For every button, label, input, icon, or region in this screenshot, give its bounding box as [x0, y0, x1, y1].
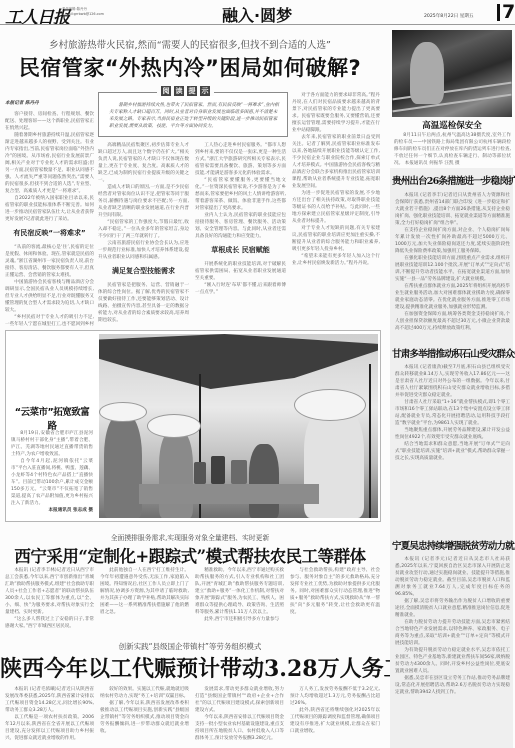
paragraph: 在支持企业稳岗扩岗方面,对企业、个人稳岗扩岗每年累计发放一次性扩岗补助最高不超过…: [395, 227, 510, 255]
paragraph: 客户接待、房间检查、行程规划、餐饮配送、处理客诉——这个新职业,民宿管家正在悄然…: [5, 111, 94, 132]
shaanxi-col2: 较好的效果。实施以工代赈,就地就近吸纳农村劳动力,实现“务工+培训”双赢目标。据…: [100, 686, 189, 748]
xining-col2: 此前他独自一人在西宁打工维持生计。今年年初遭遇意外受伤,无法工作,家庭陷入困境。…: [100, 567, 189, 629]
xining-col4: 与社会救助帮扶,构建“政府主导、社会参与、服务对象自主”的多元救助格局,充分发挥…: [290, 567, 380, 629]
paragraph: 本报讯 (记者李丰)记者近日从贵州省人力资源和社会保障厅获悉,贵州省14部门联合…: [395, 192, 510, 227]
paragraph: 较好的效果。实施以工代赈,就地就近吸纳农村劳动力,实现“务工+培训”双赢目标。: [100, 686, 189, 700]
main-article-headline: 民宿管家“外热内冷”困局如何破解?: [0, 52, 380, 82]
shaanxi-col4: 万人务工,发放劳务报酬不低于3.2亿元,预计人均增收超过1.3万元,劳务报酬占比…: [290, 686, 380, 748]
guizhou-headline: 贵州出台26条措施进一步稳岗扩岗: [392, 173, 512, 187]
product-bottle: [194, 462, 206, 484]
ningxia-body: 本报讯 (记者李元)记者近日从吴忠市人社局获悉,2025年以来,宁夏回族自治区吴…: [395, 556, 510, 744]
paragraph: 业内人士认为,民宿管家的职业技能应包括接待服务、客房管理、餐饮服务、活动策划、安…: [195, 212, 286, 240]
byline: 本报记者 陈丹丹: [5, 100, 94, 107]
email-line: E-mail:grrbwb@126.com: [62, 12, 104, 17]
main-article-col1: 本报记者 陈丹丹 客户接待、房间检查、行程规划、餐饮配送、处理客诉——这个新职业…: [5, 100, 94, 328]
paragraph: 高端精品民宿集聚区,初步估算专业人才缺口超过万人,而且这个数字仍在扩大。”相关负…: [98, 142, 189, 184]
shaanxi-headline: 陕西今年以工代赈预计带动3.28万人务工: [0, 652, 380, 683]
sun-hat: [99, 402, 147, 422]
page-number: 7: [502, 1, 515, 23]
paragraph: 在助力脱贫劳动力提升劳动技能方面,吴忠市紧密结合当地特色产业发展需求,以特色种养…: [395, 619, 510, 647]
page-number-bar: [497, 4, 500, 21]
reading-tip-char: 读: [174, 86, 184, 96]
product-table: [139, 484, 319, 504]
reading-tip-char: 示: [200, 86, 210, 96]
paragraph: 与社会救助帮扶,构建“政府主导、社会参与、服务对象自主”的多元救助格局,充分发挥…: [290, 567, 380, 616]
paragraph: 甘肃省人社厅采取“1+16”就业帮扶模式,即1个零工市场和16个零工驿站联动,在…: [395, 399, 510, 427]
paragraph: 今年以来,陕西省安排以工代赈项目资金支持一批小型农业农村基础设施建设,重点支持项…: [195, 714, 284, 742]
tent-canopy: [99, 334, 378, 389]
paragraph: 本报讯 (记者李丰林)记者近日从西宁市总工会获悉,今年以来,西宁市创新推出“青城…: [5, 567, 94, 616]
paragraph: 精准救助。今年以来,西宁市通过购买救助帮扶服务的方式,引入专业机构和社工团队,开…: [195, 567, 284, 616]
paragraph: “民宿管家要懂服务,更要懂当地文化。”一位资深民宿管家说,不少游客是为了乡愁而来…: [195, 177, 286, 212]
paragraph: 8月19日,安徽省合肥市庐江县泥河镇马桥村村干部化身“主播”,带着合肥、庐江、芜…: [11, 430, 93, 458]
paragraph: 此前他独自一人在西宁打工维持生计。今年年初遭遇意外受伤,无法工作,家庭陷入困境。…: [100, 567, 189, 616]
gansu-headline: 甘肃多举措推动积石山受灾群众务工增收: [392, 346, 512, 360]
photo-feature-paragraphs: 8月19日,安徽省合肥市庐江县泥河镇马桥村村干部化身“主播”,带着合肥、庐江、芜…: [11, 430, 93, 507]
paragraph: “这么多人帮我过上了安稳的日子,非常感谢大家。”西宁市城西区居民说。: [5, 616, 94, 629]
paragraph: 中国旅游协会民宿客栈与精品酒店分会调研显示,全国民宿从业人员规模持续增长,但专业…: [5, 279, 94, 314]
reading-tip-char: 提: [187, 86, 197, 96]
livestream-market-photo: [99, 334, 378, 518]
subheading: 满足复合型技能需求: [98, 267, 189, 276]
sun-hat: [147, 414, 201, 438]
paragraph: 民宿管家是把服务、运营、营销融于一体的综合性岗位。据了解,优秀的民宿管家不仅要做…: [98, 282, 189, 324]
paragraph: 结合当地需求和群众意愿,当地开展“订单式”“定向式”职业技能培训,实施“培训+就…: [395, 441, 510, 462]
xining-kicker: 全面摸排服务需求,实现服务对象全量建档、实时更新: [0, 532, 380, 542]
paragraph: “乡村民宿对于专业人才的吸引力不足,一些年轻人宁愿在城里打工,也不愿回到乡村从事…: [5, 314, 94, 328]
paragraph: “希望未来能有更多年轻人加入这个行业,让乡村民宿焕发新活力。”程丹丹说。: [292, 253, 380, 267]
shaanxi-col1: 本报讯 (记者毛浓曦)记者近日从陕西省发展改革委获悉,2025年,陕西省累计安排…: [5, 686, 94, 748]
paragraph: 据了解,吴忠市将劳务输出作为脱贫人口增收的重要途径,全面摸清脱贫人口就业意愿,精…: [395, 598, 510, 619]
tent-pole: [369, 364, 371, 518]
paragraph: 在强化职业技能培训方面,围绕重点产业需求,组织开展职业技能培训12.100个批次…: [395, 255, 510, 283]
paragraph: 本报讯 (记者康劲)截至7月底,积石山县已组织受灾群众转移就业8.14万人,实现…: [395, 364, 510, 399]
paragraph: 为有效提升脱贫劳动力稳定就业水平,吴忠市依托工业园区、特色产业基地等,新建就业帮…: [395, 647, 510, 675]
paragraph: 去年来,民宿管家的职业前景日益受到关注。记者了解到,民宿管家职业标准发布以来,各…: [292, 134, 380, 190]
paragraph: 为进一步促进民宿管家的发展,不少地方还出台了相关扶持政策,对取得职业技能等级证书…: [292, 190, 380, 225]
reading-tip-text: 暑期乡村旅游持续火热,也带火了民宿管家。然而,有民宿反映“一将难求”,业内相关专…: [109, 102, 279, 130]
main-article-kicker: 乡村旅游热带火民宿,然而“需要人的民宿很多,但找不到合适的人选”: [0, 37, 380, 51]
paragraph: “从前的客流,最核心是‘住’,民宿的定位是度假、休闲和体验。现在,管家就是民宿的…: [5, 244, 94, 279]
header-rule: [0, 24, 515, 25]
paragraph: 云南省旅游民宿行业协会会长认为,应进一步规范行业标准,加快人才培养体系建设,提升…: [98, 240, 189, 261]
paragraph: 当地聚焦重点群体,开展劳务品牌建设,累计开发公益性岗位4922个,有效兜牢受灾群…: [395, 427, 510, 441]
masthead-info: 责任编辑:陈丹丹 E-mail:grrbwb@126.com: [62, 7, 104, 16]
paragraph: 本报讯 (记者毛浓曦)记者近日从陕西省发展改革委获悉,2025年,陕西省累计安排…: [5, 686, 94, 714]
main-article-col3: 工人热心走进乡村民宿服务。“都市人想到乡村来,要的不仅仅是一张床,更是一种生活方…: [195, 142, 286, 328]
person-figure: [159, 429, 193, 518]
paragraph: 自今年4月起,泥河镇依托“云菜市”平台入驻直播间,将桃、鸭蛋、莲藕、小龙虾等4个…: [11, 458, 93, 507]
paragraph: 据了解,今年以来,陕西省发展改革委积极推动以工代赈项目实施,创新实践“县级国企带…: [100, 700, 189, 735]
paragraph: 在加强资金保障方面,统筹各类资金支持稳岗扩岗,个人创业担保贷款额度最高不超过30…: [395, 311, 510, 332]
person-figure: [104, 414, 142, 518]
paragraph: 此外,西宁市还积极引导多方力量参与: [195, 616, 284, 623]
product-box: [231, 460, 247, 484]
rail-inspection-photo: [392, 30, 512, 117]
worker-figure: [410, 42, 444, 104]
shaanxi-kicker: 创新实践“县级国企带镇村”等劳务组织模式: [0, 641, 380, 652]
paragraph: 对于专业人才短缺的问题,有关专家建议,民宿管家的职业培训应更加注重实操,不断提升…: [292, 225, 380, 253]
xining-headline: 西宁采用“定制化+跟踪式”模式帮扶农民工等群体: [0, 543, 380, 567]
paragraph: 万人务工,发放劳务报酬不低于3.2亿元,预计人均增收超过1.3万元,劳务报酬占比…: [290, 686, 380, 707]
main-article-col4: 对于各方面能力的要求却非常高。”程丹丹说,在人们对民宿品质要求越来越高的背景下,…: [292, 92, 380, 328]
paragraph: 在帮扶重点群体就业方面,2025年将组织开展高校毕业生就业服务活动,加大对困难群…: [395, 283, 510, 311]
reading-tip-box: 暑期乡村旅游持续火热,也带火了民宿管家。然而,有民宿反映“一将难求”,业内相关专…: [98, 92, 288, 137]
paragraph: 开展系统化的职业技能培训,对于破解民宿管家供需困局、拓宽从业者职业发展通道至关重…: [195, 261, 286, 282]
photo-caption-text: 8月11日午后两点,杭州气温高达38摄氏度,室外工作的检车员——中国铁路上海局集…: [394, 132, 511, 166]
person-figure: [249, 444, 279, 518]
photo-caption-paragraph: 8月11日午后两点,杭州气温高达38摄氏度,室外工作的检车员——中国铁路上海局集…: [394, 132, 511, 166]
paragraph: 工人热心走进乡村民宿服务。“都市人想到乡村来,要的不仅仅是一张床,更是一种生活方…: [195, 142, 286, 177]
paragraph: 据悉,吴忠市在县区设立劳务工作站,推动劳务品牌建设,常态化开展招聘活动,帮助2.…: [395, 675, 510, 696]
paragraph: 自2022年被纳入国家职业目录以来,民宿管家的职业技能标准体系不断完善。如何进一…: [5, 195, 94, 223]
photo-credit: 本报通讯员 张志成 摄: [11, 507, 93, 514]
xining-col1: 本报讯 (记者李丰林)记者近日从西宁市总工会获悉,今年以来,西宁市创新推出“青城…: [5, 567, 94, 629]
xining-col3: 精准救助。今年以来,西宁市通过购买救助帮扶服务的方式,引入专业机构和社工团队,开…: [195, 567, 284, 629]
shaanxi-col3: 发展需求,带动更多群众就业增收,努力打造“县级国企带镇村”“政府+企业+合作社”…: [195, 686, 284, 748]
gansu-body: 本报讯 (记者康劲)截至7月底,积石山县已组织受灾群众转移就业8.14万人,实现…: [395, 364, 510, 534]
photo-caption-title: 高温巡检保安全: [392, 119, 512, 131]
subheading: 有民宿反映“一将难求”: [5, 229, 94, 238]
guizhou-body: 本报讯 (记者李丰)记者近日从贵州省人力资源和社会保障厅获悉,贵州省14部门联合…: [395, 192, 510, 342]
main-article-col2: 高端精品民宿集聚区,初步估算专业人才缺口超过万人,而且这个数字仍在扩大。”相关负…: [98, 142, 189, 328]
subheading: 草根成长 民宿赋能: [195, 246, 286, 255]
paragraph: “民宿管家的工作强度大,节假日最忙,收入却不稳定。”一位从业多年的管家坦言,身边…: [98, 219, 189, 240]
product-bottle: [211, 456, 225, 484]
col1-body: 客户接待、房间检查、行程规划、餐饮配送、处理客诉——这个新职业,民宿管家正在悄然…: [5, 111, 94, 328]
photo-feature-title: “云菜市”拓宽致富路: [12, 404, 92, 432]
issue-date: 2025年8月22日 星期五: [424, 13, 473, 19]
reading-tip-label: 阅 读 提 示: [157, 86, 214, 96]
paragraph: 对于各方面能力的要求却非常高。”程丹丹说,在人们对民宿品质要求越来越高的背景下,…: [292, 92, 380, 134]
section-title: 融入·圆梦: [222, 3, 292, 26]
paragraph: 此外,陕西省还将继续强化对2025年以工代赈项目的跟踪调度和监督管理,确保项目建…: [290, 707, 380, 735]
paragraph: 造成人才缺口的原因,一方面,是不少民宿经营者对管家岗位认识不足,把管家等同于服务…: [98, 184, 189, 219]
paragraph: “刚入行时连‘布草’都不懂,后来跟着师傅一点点学。”: [195, 282, 286, 296]
paragraph: 随着暑期乡村旅游持续升温,民宿管家逐渐走进越来越多人的视野、受到关注。有业内专家…: [5, 132, 94, 195]
paragraph: 以工代赈是一项农村扶贫政策。2006年12月以来,陕西省在全省开展以工代赈项目建…: [5, 714, 94, 742]
paragraph: 发展需求,带动更多群众就业增收,努力打造“县级国企带镇村”“政府+企业+合作社”…: [195, 686, 284, 714]
paragraph: 本报讯 (记者李元)记者近日从吴忠市人社局获悉,2025年以来,宁夏回族自治区吴…: [395, 556, 510, 598]
photo-feature-text: 8月19日,安徽省合肥市庐江县泥河镇马桥村村干部化身“主播”,带着合肥、庐江、芜…: [11, 430, 93, 516]
sun-hat: [294, 389, 366, 421]
ningxia-headline: 宁夏吴忠持续增强脱贫劳动力就业帮扶: [392, 538, 512, 552]
reading-tip-char: 阅: [161, 86, 171, 96]
